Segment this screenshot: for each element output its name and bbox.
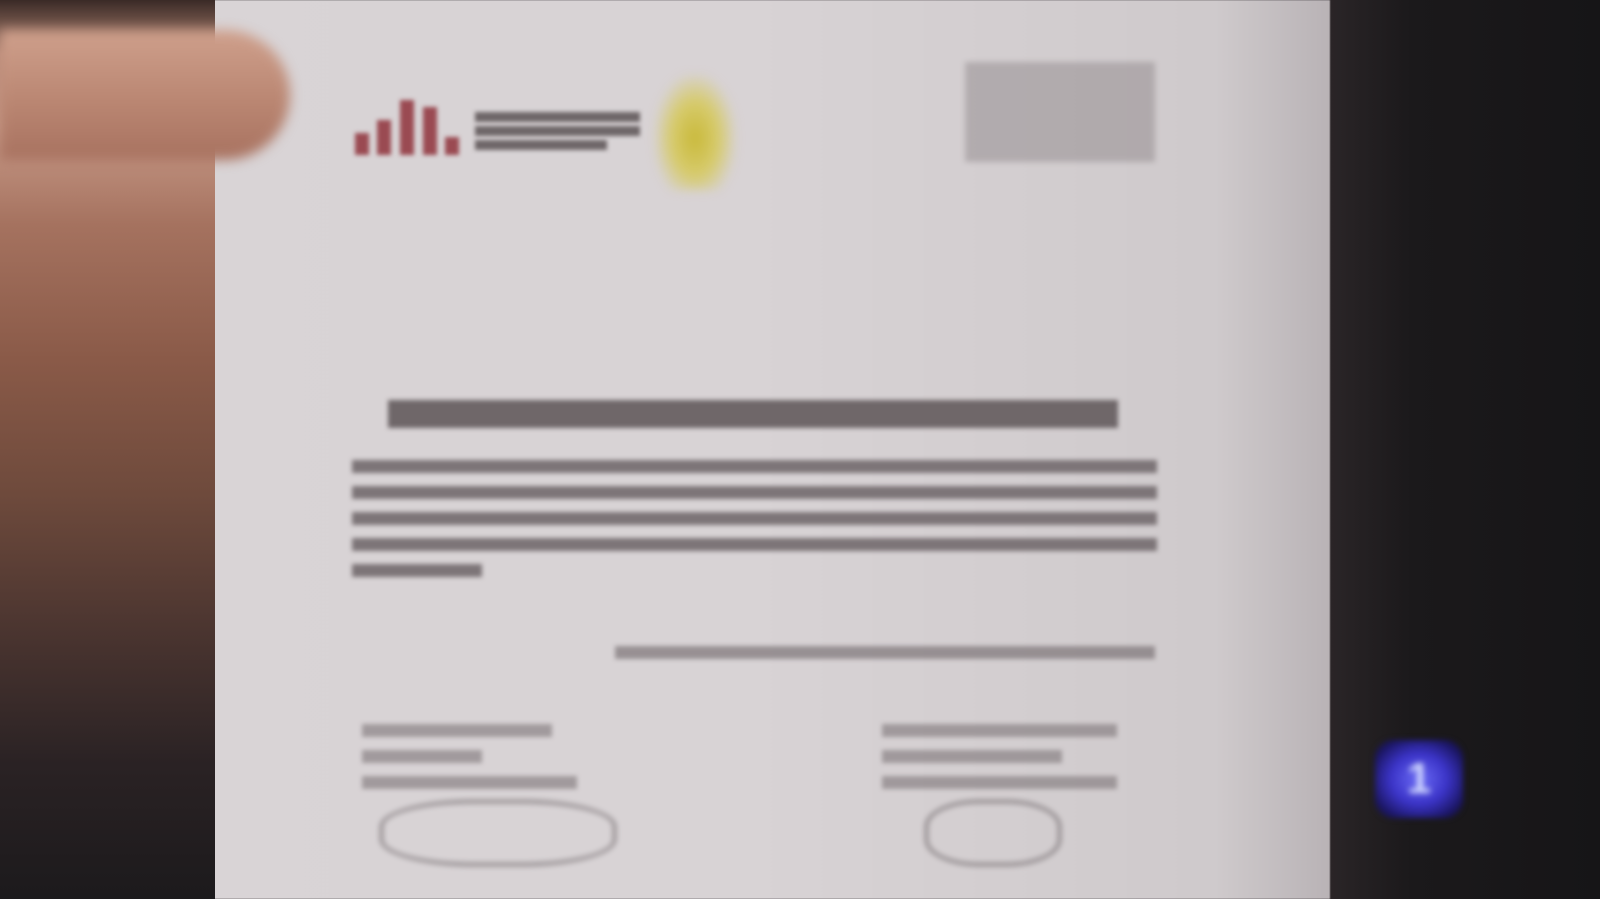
- signature-scribble: [925, 800, 1061, 866]
- yellow-ribbon-icon: [655, 75, 735, 190]
- signature-scribble: [380, 800, 616, 866]
- document-heading: [388, 400, 1118, 428]
- party-name-block: [475, 108, 640, 153]
- dark-background: [1330, 0, 1600, 899]
- finger: [0, 30, 290, 160]
- address-block: [965, 62, 1155, 162]
- date-line: [615, 646, 1155, 659]
- party-logo-icon: [355, 100, 460, 155]
- tve-logo-icon: 1: [1375, 740, 1463, 818]
- channel-number: 1: [1407, 754, 1431, 804]
